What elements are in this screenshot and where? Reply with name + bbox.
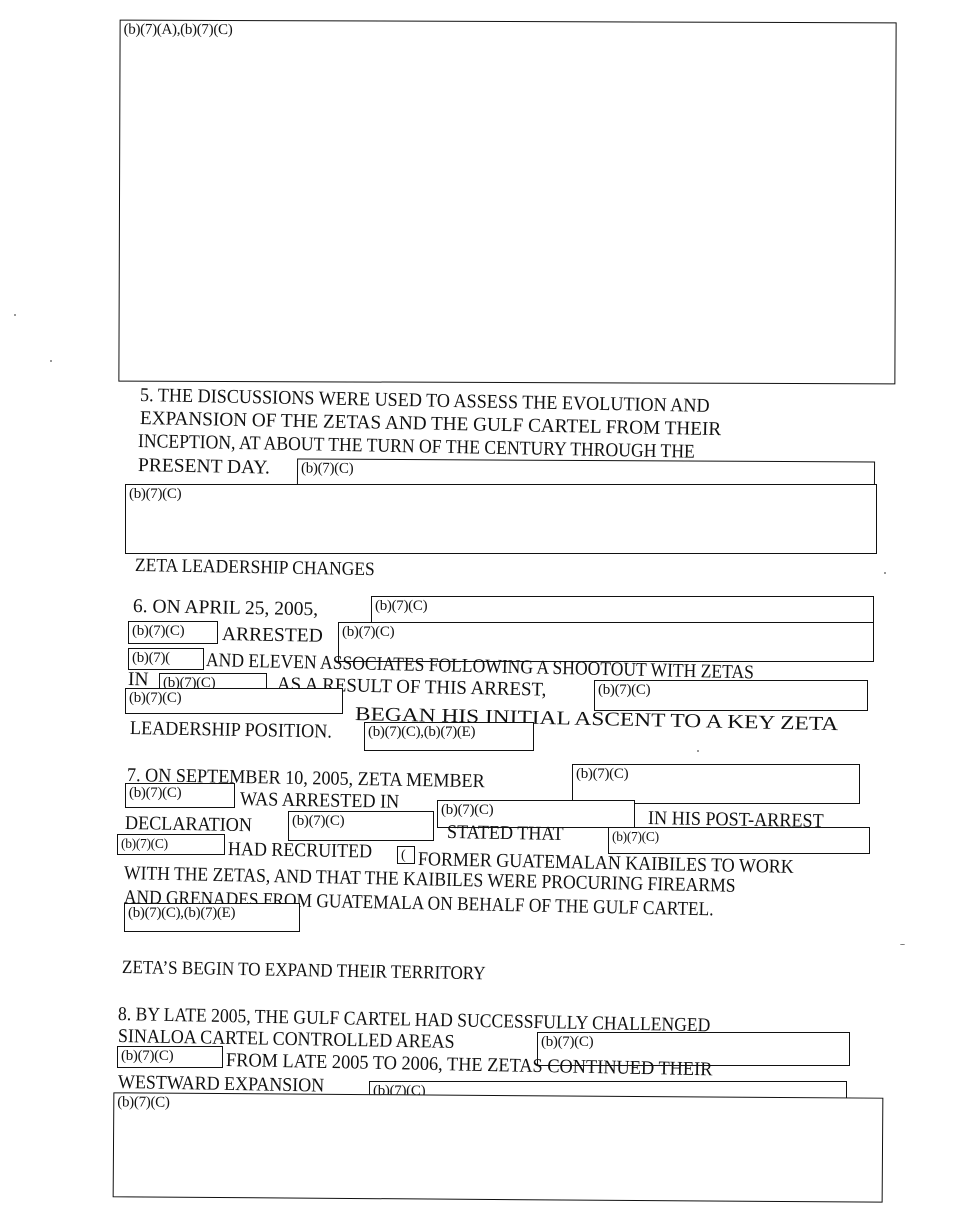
redaction-code: (b)(7)(C) xyxy=(129,486,181,502)
para6-line-1: 6. ON APRIL 25, 2005, xyxy=(133,596,318,621)
section-heading-leadership: ZETA LEADERSHIP CHANGES xyxy=(135,555,375,581)
redaction-box: (b)(7)(C),(b)(7)(E) xyxy=(364,722,534,751)
redaction-code: (b)(7)(C) xyxy=(129,785,181,801)
scan-speck xyxy=(50,360,52,362)
redaction-code: (b)(7)(C) xyxy=(117,1094,169,1110)
para6-line-7: LEADERSHIP POSITION. xyxy=(130,718,332,744)
redaction-code: (b)(7)(C) xyxy=(121,836,168,852)
redaction-box: (b)(7)(C) xyxy=(125,688,343,714)
redaction-code: (b)(7)(C) xyxy=(375,598,427,614)
redaction-code: (b)(7)(C) xyxy=(121,1048,173,1064)
redaction-box: (b)(7)(C) xyxy=(159,673,267,689)
redaction-code: (b)(7)(C),(b)(7)(E) xyxy=(368,724,475,740)
redaction-box: (b)(7)(C) xyxy=(594,680,868,711)
redaction-box: (b)(7)(C) xyxy=(117,1046,223,1068)
para6-line-2: ARRESTED xyxy=(222,624,323,648)
section-heading-expansion: ZETA’S BEGIN TO EXPAND THEIR TERRITORY xyxy=(122,957,486,985)
redaction-box: ( xyxy=(397,846,415,864)
redaction-code: ( xyxy=(401,848,405,864)
para7-line-5: STATED THAT xyxy=(447,822,564,846)
redaction-box: (b)(7)(C) xyxy=(288,811,434,841)
para7-line-6: HAD RECRUITED xyxy=(228,839,372,864)
redaction-code: (b)(7)(C) xyxy=(292,813,344,829)
scan-speck xyxy=(14,314,16,316)
redaction-code: (b)(7)(C) xyxy=(132,623,184,639)
redaction-code: (b)(7)( xyxy=(132,650,170,666)
redaction-code: (b)(7)(C) xyxy=(342,624,394,640)
redaction-box: (b)(7)(C) xyxy=(572,764,860,804)
redaction-code: (b)(7)(C) xyxy=(541,1034,593,1050)
redaction-code: (b)(7)(C) xyxy=(576,766,628,782)
para5-line-4: PRESENT DAY. xyxy=(138,455,270,480)
redaction-code: (b)(7)(C) xyxy=(441,802,493,818)
scan-speck xyxy=(884,572,886,574)
redaction-code: (b)(7)(C) xyxy=(598,682,650,698)
redaction-code: (b)(7)(C) xyxy=(301,461,353,477)
redaction-code: (b)(7)(C) xyxy=(129,690,181,706)
redaction-box: (b)(7)(C) xyxy=(128,621,218,644)
redaction-box: (b)(7)(C) xyxy=(125,484,877,554)
redaction-box: (b)(7)(C) xyxy=(608,827,870,854)
redaction-box: (b)(7)( xyxy=(128,648,204,670)
redaction-code: (b)(7)(C),(b)(7)(E) xyxy=(128,905,235,921)
scan-speck xyxy=(900,944,905,945)
redaction-code: (b)(7)(C) xyxy=(612,829,659,845)
redaction-box-top: (b)(7)(A),(b)(7)(C) xyxy=(118,20,896,385)
redaction-box: (b)(7)(C),(b)(7)(E) xyxy=(124,903,300,932)
redaction-code: (b)(7)(A),(b)(7)(C) xyxy=(124,22,233,38)
redaction-box: (b)(7)(C) xyxy=(125,783,235,808)
redaction-box: (b)(7)(C) xyxy=(113,1092,884,1202)
redaction-box: (b)(7)(C) xyxy=(117,834,225,855)
scan-speck xyxy=(697,750,699,752)
